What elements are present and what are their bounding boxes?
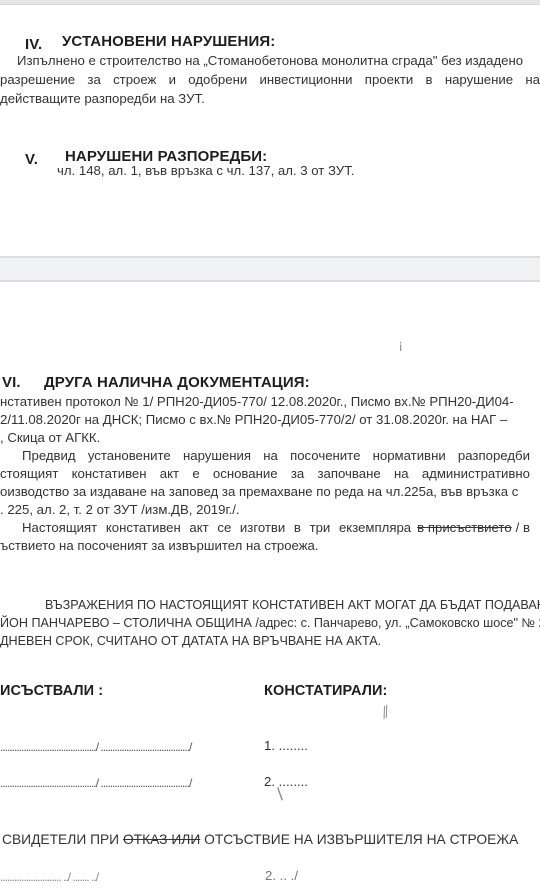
- section-4-line-3: действащите разпоредби на ЗУТ.: [0, 91, 205, 106]
- word: установените: [88, 448, 171, 463]
- paragraph-2-tail: / в: [516, 520, 530, 535]
- section-4-title: УСТАНОВЕНИ НАРУШЕНИЯ:: [62, 33, 275, 50]
- witnesses-suffix: ОТСЪСТВИЕ НА ИЗВЪРШИТЕЛЯ НА СТРОЕЖА: [200, 832, 518, 847]
- signature-scribble: ⁄⁄: [380, 704, 394, 722]
- word: констативен: [72, 466, 147, 481]
- section-6-title: ДРУГА НАЛИЧНА ДОКУМЕНТАЦИЯ:: [44, 374, 310, 391]
- word: екземпляра: [339, 520, 411, 535]
- word: и: [169, 72, 176, 87]
- word: акт: [160, 466, 179, 481]
- paragraph-1-line-1: Предвидустановенитенарушениянапосочените…: [22, 448, 530, 463]
- signature-row-2-right: 2. ........: [264, 774, 308, 789]
- word: административно: [422, 466, 530, 481]
- struck-text: в присъствието: [417, 520, 511, 535]
- objections-line-2: ЙОН ПАНЧАРЕВО – СТОЛИЧНА ОБЩИНА /адрес: …: [0, 616, 540, 630]
- paragraph-2-line-1: Настоящиятконстативенактсеизготвивтриекз…: [22, 520, 530, 535]
- objections-line-1: ВЪЗРАЖЕНИЯ ПО НАСТОЯЩИЯТ КОНСТАТИВЕН АКТ…: [45, 598, 540, 612]
- paragraph-1-line-3: оизводство за издаване на заповед за пре…: [0, 484, 518, 499]
- word: проекти: [365, 72, 413, 87]
- witnesses-prefix: СВИДЕТЕЛИ ПРИ: [2, 832, 123, 847]
- word: нормативни: [373, 448, 446, 463]
- word: инвестиционни: [260, 72, 353, 87]
- word: на: [525, 72, 540, 87]
- word: акт: [189, 520, 208, 535]
- word: три: [310, 520, 331, 535]
- section-6-line-2: 2/11.08.2020г на ДНСК; Писмо с вх.№ РПН2…: [0, 412, 507, 427]
- page-separator: [0, 256, 540, 282]
- word: за: [291, 466, 304, 481]
- word: изготви: [240, 520, 285, 535]
- document-page-2: ⅰ VI. ДРУГА НАЛИЧНА ДОКУМЕНТАЦИЯ: нстати…: [0, 282, 540, 888]
- witnesses-struck: ОТКАЗ ИЛИ: [123, 832, 200, 847]
- section-6-number: VI.: [2, 374, 21, 391]
- word: основание: [213, 466, 278, 481]
- section-6-line-3: , Скица от АГКК.: [0, 430, 100, 445]
- word: в: [426, 72, 433, 87]
- word: се: [217, 520, 231, 535]
- word: посочените: [290, 448, 360, 463]
- word: е: [192, 466, 199, 481]
- witnesses-label: СВИДЕТЕЛИ ПРИ ОТКАЗ ИЛИ ОТСЪСТВИЕ НА ИЗВ…: [2, 832, 518, 847]
- section-4-line-1: Изпълнено е строителство на „Стоманобето…: [17, 53, 523, 68]
- section-5-number: V.: [25, 151, 38, 168]
- word: в: [294, 520, 301, 535]
- pen-mark: ⅰ: [399, 340, 402, 354]
- word: разпоредби: [458, 448, 530, 463]
- section-6-line-1: нстативен протокол № 1/ РПН20-ДИ05-770/ …: [0, 394, 514, 409]
- established-label: КОНСТАТИРАЛИ:: [264, 683, 387, 699]
- signature-row-1-right: 1. ........: [264, 738, 308, 753]
- word: одобрени: [188, 72, 247, 87]
- present-label: ИСЪСТВАЛИ :: [0, 683, 103, 699]
- paragraph-1-line-2: стоящиятконстативенактеоснованиезазапочв…: [0, 466, 530, 481]
- word: нарушение: [445, 72, 513, 87]
- word: стоящият: [0, 466, 58, 481]
- document-page-1: IV. УСТАНОВЕНИ НАРУШЕНИЯ: Изпълнено е ст…: [0, 5, 540, 256]
- word: разрешение: [0, 72, 75, 87]
- word: Настоящият: [22, 520, 97, 535]
- word: за: [87, 72, 100, 87]
- witness-row-right: 2. .. ./: [265, 868, 298, 883]
- section-5-text: чл. 148, ал. 1, във връзка с чл. 137, ал…: [57, 163, 354, 178]
- objections-line-3: ДНЕВЕН СРОК, СЧИТАНО ОТ ДАТАТА НА ВРЪЧВА…: [0, 634, 381, 648]
- section-4-line-2: разрешениезастроежиодобрениинвестиционни…: [0, 72, 540, 87]
- paragraph-2-line-2: ъствието на посоченият за извършител на …: [0, 538, 319, 553]
- witness-row-left: .......................... ../ ....... .…: [0, 870, 98, 884]
- word: на: [263, 448, 278, 463]
- paragraph-1-line-4: . 225, ал. 2, т. 2 от ЗУТ /изм.ДВ, 2019г…: [0, 502, 240, 517]
- word: на: [394, 466, 409, 481]
- section-4-number: IV.: [25, 36, 42, 53]
- word: започване: [317, 466, 380, 481]
- word: строеж: [113, 72, 156, 87]
- signature-row-1-left: ........................................…: [0, 740, 191, 754]
- word: констативен: [106, 520, 181, 535]
- word: нарушения: [183, 448, 251, 463]
- signature-row-2-left: ........................................…: [0, 776, 191, 790]
- word: Предвид: [22, 448, 76, 463]
